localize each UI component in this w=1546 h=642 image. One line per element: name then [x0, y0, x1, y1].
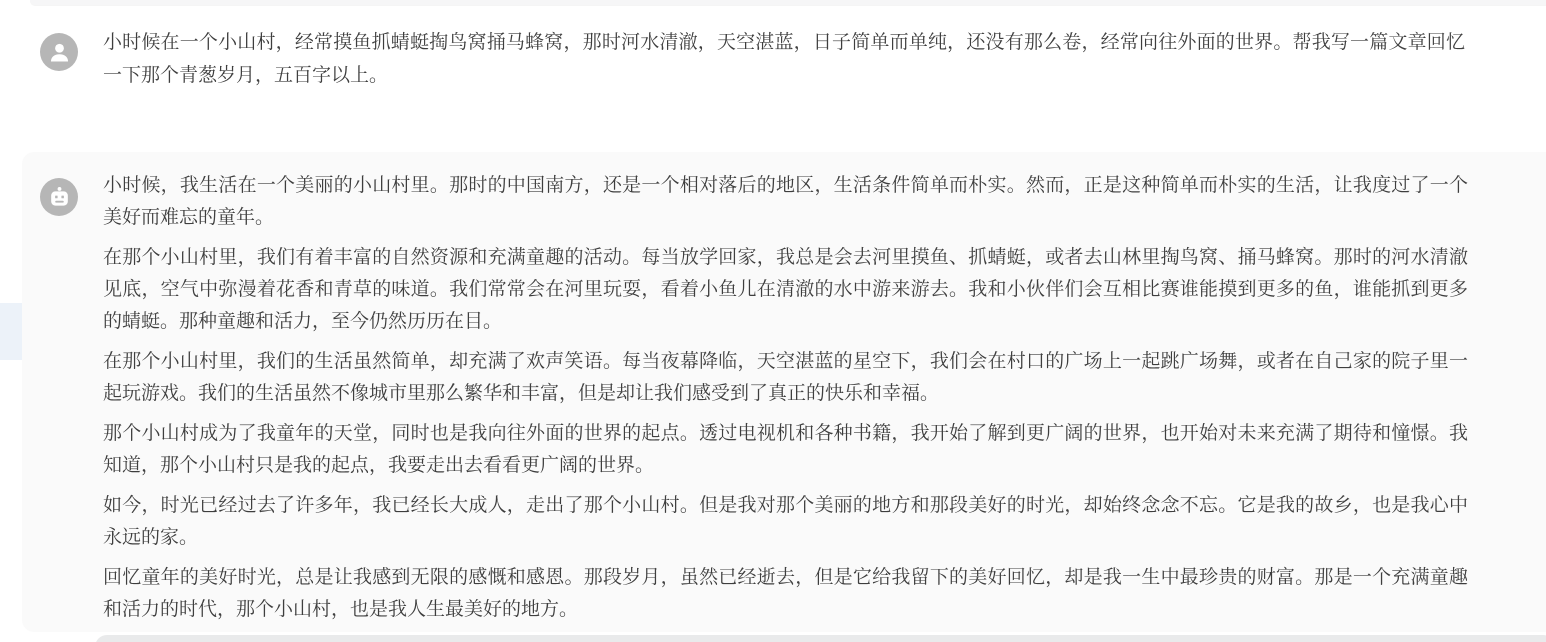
assistant-paragraph: 回忆童年的美好时光，总是让我感到无限的感慨和感恩。那段岁月，虽然已经逝去，但是它…	[103, 562, 1468, 626]
assistant-paragraph: 如今，时光已经过去了许多年，我已经长大成人，走出了那个小山村。但是我对那个美丽的…	[103, 490, 1468, 554]
user-avatar	[40, 33, 78, 71]
previous-message-edge	[30, 0, 1546, 5]
chat-screen: 小时候在一个小山村，经常摸鱼抓蜻蜓掏鸟窝捅马蜂窝，那时河水清澈，天空湛蓝，日子简…	[0, 0, 1546, 642]
assistant-paragraph: 在那个小山村里，我们的生活虽然简单，却充满了欢声笑语。每当夜幕降临，天空湛蓝的星…	[103, 346, 1468, 410]
assistant-paragraph: 小时候，我生活在一个美丽的小山村里。那时的中国南方，还是一个相对落后的地区，生活…	[103, 170, 1468, 234]
assistant-paragraph: 那个小山村成为了我童年的天堂，同时也是我向往外面的世界的起点。透过电视机和各种书…	[103, 418, 1468, 482]
assistant-message-text: 小时候，我生活在一个美丽的小山村里。那时的中国南方，还是一个相对落后的地区，生活…	[103, 170, 1468, 634]
assistant-avatar	[40, 178, 78, 216]
user-message-text: 小时候在一个小山村，经常摸鱼抓蜻蜓掏鸟窝捅马蜂窝，那时河水清澈，天空湛蓝，日子简…	[103, 26, 1465, 92]
assistant-paragraph: 在那个小山村里，我们有着丰富的自然资源和充满童趣的活动。每当放学回家，我总是会去…	[103, 242, 1468, 338]
person-icon	[46, 39, 73, 66]
robot-icon	[46, 184, 73, 211]
chat-input[interactable]	[95, 635, 1546, 642]
left-rail	[0, 0, 22, 642]
sidebar-selection-indicator[interactable]	[0, 303, 22, 360]
